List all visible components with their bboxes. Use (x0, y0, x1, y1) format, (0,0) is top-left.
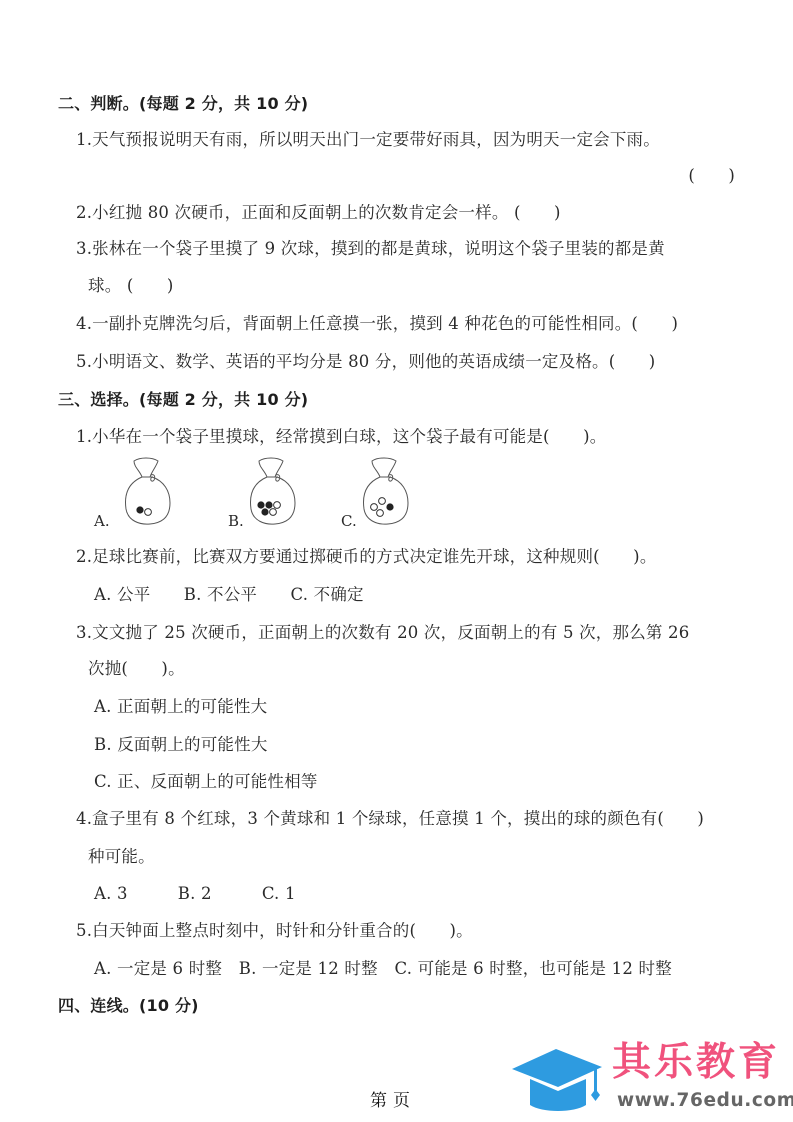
choice-q4-options[interactable]: A. 3 B. 2 C. 1 (94, 883, 296, 905)
choice-q3-option-c[interactable]: C. 正、反面朝上的可能性相等 (94, 771, 318, 793)
choice-q3-option-b[interactable]: B. 反面朝上的可能性大 (94, 734, 268, 756)
judge-q4-text: 4.一副扑克牌洗匀后，背面朝上任意摸一张，摸到 4 种花色的可能性相同。( ) (76, 313, 678, 335)
watermark-title: 其乐教育 (612, 1040, 780, 1086)
choice-q5-text: 5.白天钟面上整点时刻中，时针和分针重合的( )。 (76, 920, 473, 942)
judge-q2-text: 2.小红抛 80 次硬币，正面和反面朝上的次数肯定会一样。 ( ) (76, 202, 561, 224)
section-2-heading: 二、判断。(每题 2 分，共 10 分) (58, 93, 308, 115)
choice-q3-text-cont: 次抛( )。 (88, 658, 185, 680)
judge-q3-text-cont: 球。 ( ) (88, 275, 174, 297)
judge-q1-answer-blank[interactable]: ( ) (688, 165, 735, 187)
section-3-heading: 三、选择。(每题 2 分，共 10 分) (58, 389, 308, 411)
choice-q1-option-a-label[interactable]: A. (94, 512, 110, 530)
choice-q4-text-cont: 种可能。 (88, 846, 155, 868)
choice-q3-option-a[interactable]: A. 正面朝上的可能性大 (94, 696, 267, 718)
choice-q1-text: 1.小华在一个袋子里摸球，经常摸到白球，这个袋子最有可能是( )。 (76, 426, 606, 448)
judge-q3-text: 3.张林在一个袋子里摸了 9 次球，摸到的都是黄球，说明这个袋子里装的都是黄 (76, 238, 665, 260)
page-number-label: 第页 (370, 1086, 416, 1111)
bag-b-icon[interactable] (247, 455, 299, 527)
choice-q5-options[interactable]: A. 一定是 6 时整 B. 一定是 12 时整 C. 可能是 6 时整，也可能… (94, 958, 672, 980)
bag-a-icon[interactable] (122, 455, 174, 527)
choice-q2-options[interactable]: A. 公平 B. 不公平 C. 不确定 (94, 584, 364, 606)
choice-q3-text: 3.文文抛了 25 次硬币，正面朝上的次数有 20 次，反面朝上的有 5 次，那… (76, 622, 689, 644)
judge-q1-text: 1.天气预报说明天有雨，所以明天出门一定要带好雨具，因为明天一定会下雨。 (76, 129, 660, 151)
bag-c-icon[interactable] (360, 455, 412, 527)
graduation-cap-icon (508, 1045, 608, 1115)
choice-q2-text: 2.足球比赛前，比赛双方要通过掷硬币的方式决定谁先开球，这种规则( )。 (76, 546, 657, 568)
judge-q5-text: 5.小明语文、数学、英语的平均分是 80 分，则他的英语成绩一定及格。( ) (76, 351, 655, 373)
section-4-heading: 四、连线。(10 分) (58, 995, 199, 1017)
choice-q1-option-b-label[interactable]: B. (228, 512, 244, 530)
watermark-url: www.76edu.com (617, 1090, 793, 1112)
choice-q4-text: 4.盒子里有 8 个红球，3 个黄球和 1 个绿球，任意摸 1 个，摸出的球的颜… (76, 808, 704, 830)
choice-q1-option-c-label[interactable]: C. (341, 512, 357, 530)
